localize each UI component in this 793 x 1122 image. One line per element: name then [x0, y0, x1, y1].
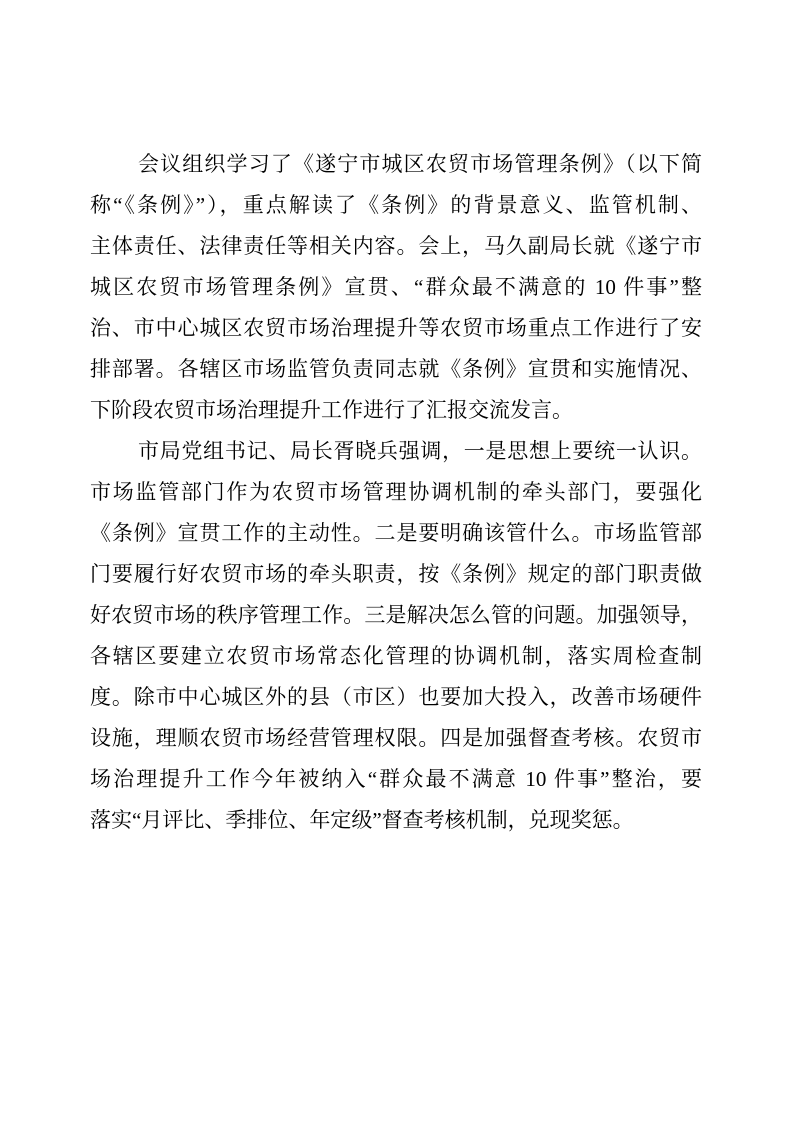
paragraph-1-line-3: 主体责任、法律责任等相关内容。会上，马久副局长就《遂宁市 [90, 226, 702, 267]
document-page: 会议组织学习了《遂宁市城区农贸市场管理条例》（以下简 称“《条例》”），重点解读… [0, 0, 793, 1122]
paragraph-2-line-2: 市场监管部门作为农贸市场管理协调机制的牵头部门，要强化 [90, 472, 702, 513]
paragraph-2-line-1: 市局党组书记、局长胥晓兵强调，一是思想上要统一认识。 [90, 431, 702, 472]
paragraph-2-line-8: 设施，理顺农贸市场经营管理权限。四是加强督查考核。农贸市 [90, 718, 702, 759]
paragraph-1-line-1: 会议组织学习了《遂宁市城区农贸市场管理条例》（以下简 [90, 144, 702, 185]
paragraph-2-line-7: 度。除市中心城区外的县（市区）也要加大投入，改善市场硬件 [90, 677, 702, 718]
paragraph-2-line-3: 《条例》宣贯工作的主动性。二是要明确该管什么。市场监管部 [90, 513, 702, 554]
paragraph-2-line-10: 落实“月评比、季排位、年定级”督查考核机制，兑现奖惩。 [90, 800, 702, 841]
paragraph-2: 市局党组书记、局长胥晓兵强调，一是思想上要统一认识。 市场监管部门作为农贸市场管… [90, 431, 702, 841]
paragraph-2-line-9: 场治理提升工作今年被纳入“群众最不满意 10 件事”整治，要 [90, 759, 702, 800]
paragraph-1-line-2: 称“《条例》”），重点解读了《条例》的背景意义、监管机制、 [90, 185, 702, 226]
paragraph-1-line-6: 排部署。各辖区市场监管负责同志就《条例》宣贯和实施情况、 [90, 349, 702, 390]
paragraph-2-line-5: 好农贸市场的秩序管理工作。三是解决怎么管的问题。加强领导， [90, 595, 702, 636]
paragraph-2-line-4: 门要履行好农贸市场的牵头职责，按《条例》规定的部门职责做 [90, 554, 702, 595]
paragraph-1-line-4: 城区农贸市场管理条例》宣贯、“群众最不满意的 10 件事”整 [90, 267, 702, 308]
paragraph-2-line-6: 各辖区要建立农贸市场常态化管理的协调机制，落实周检查制 [90, 636, 702, 677]
paragraph-1: 会议组织学习了《遂宁市城区农贸市场管理条例》（以下简 称“《条例》”），重点解读… [90, 144, 702, 431]
paragraph-1-line-5: 治、市中心城区农贸市场治理提升等农贸市场重点工作进行了安 [90, 308, 702, 349]
paragraph-1-line-7: 下阶段农贸市场治理提升工作进行了汇报交流发言。 [90, 390, 702, 431]
document-body: 会议组织学习了《遂宁市城区农贸市场管理条例》（以下简 称“《条例》”），重点解读… [90, 144, 702, 841]
